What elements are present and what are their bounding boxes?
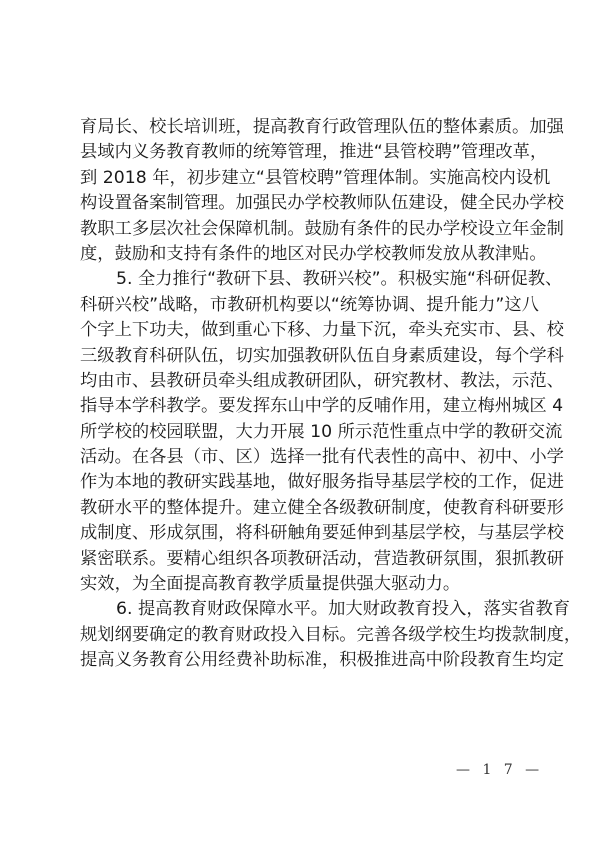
document-page: 育局长、校长培训班，提高教育行政管理队伍的整体素质。加强 县域内义务教育教师的统… <box>0 0 595 842</box>
text-line: 均由市、县教研员牵头组成教研团队，研究教材、教法，示范、 <box>80 369 520 394</box>
text-line: 所学校的校园联盟，大力开展 10 所示范性重点中学的教研交流 <box>80 420 520 445</box>
page-number: — 1 7 — <box>456 762 543 778</box>
text-line: 活动。在各县（市、区）选择一批有代表性的高中、初中、小学 <box>80 445 520 470</box>
text-line: 成制度、形成氛围，将科研触角要延伸到基层学校，与基层学校 <box>80 521 520 546</box>
text-line: 教职工多层次社会保障机制。鼓励有条件的民办学校设立年金制 <box>80 217 520 242</box>
section-heading-5: 5. 全力推行“教研下县、教研兴校”。积极实施“科研促教、 <box>80 267 520 292</box>
section-heading-6: 6. 提高教育财政保障水平。加大财政教育投入，落实省教育 <box>80 597 520 622</box>
text-line: 个字上下功夫，做到重心下移、力量下沉，牵头充实市、县、校 <box>80 318 520 343</box>
text-line: 提高义务教育公用经费补助标准，积极推进高中阶段教育生均定 <box>80 648 520 673</box>
body-text: 育局长、校长培训班，提高教育行政管理队伍的整体素质。加强 县域内义务教育教师的统… <box>80 115 520 674</box>
text-line: 教研水平的整体提升。建立健全各级教研制度，使教育科研要形 <box>80 496 520 521</box>
text-line: 县域内义务教育教师的统筹管理，推进“县管校聘”管理改革， <box>80 140 520 165</box>
text-line: 度，鼓励和支持有条件的地区对民办学校教师发放从教津贴。 <box>80 242 520 267</box>
text-line: 科研兴校”战略，市教研机构要以“统筹协调、提升能力”这八 <box>80 293 520 318</box>
text-line: 育局长、校长培训班，提高教育行政管理队伍的整体素质。加强 <box>80 115 520 140</box>
text-line: 规划纲要确定的教育财政投入目标。完善各级学校生均拨款制度， <box>80 623 520 648</box>
text-line: 构设置备案制管理。加强民办学校教师队伍建设，健全民办学校 <box>80 191 520 216</box>
text-line: 紧密联系。要精心组织各项教研活动，营造教研氛围，狠抓教研 <box>80 547 520 572</box>
text-line: 作为本地的教研实践基地，做好服务指导基层学校的工作，促进 <box>80 470 520 495</box>
text-line: 实效，为全面提高教育教学质量提供强大驱动力。 <box>80 572 520 597</box>
text-line: 到 2018 年，初步建立“县管校聘”管理体制。实施高校内设机 <box>80 166 520 191</box>
text-line: 指导本学科教学。要发挥东山中学的反哺作用，建立梅州城区 4 <box>80 394 520 419</box>
text-line: 三级教育科研队伍，切实加强教研队伍自身素质建设，每个学科 <box>80 344 520 369</box>
